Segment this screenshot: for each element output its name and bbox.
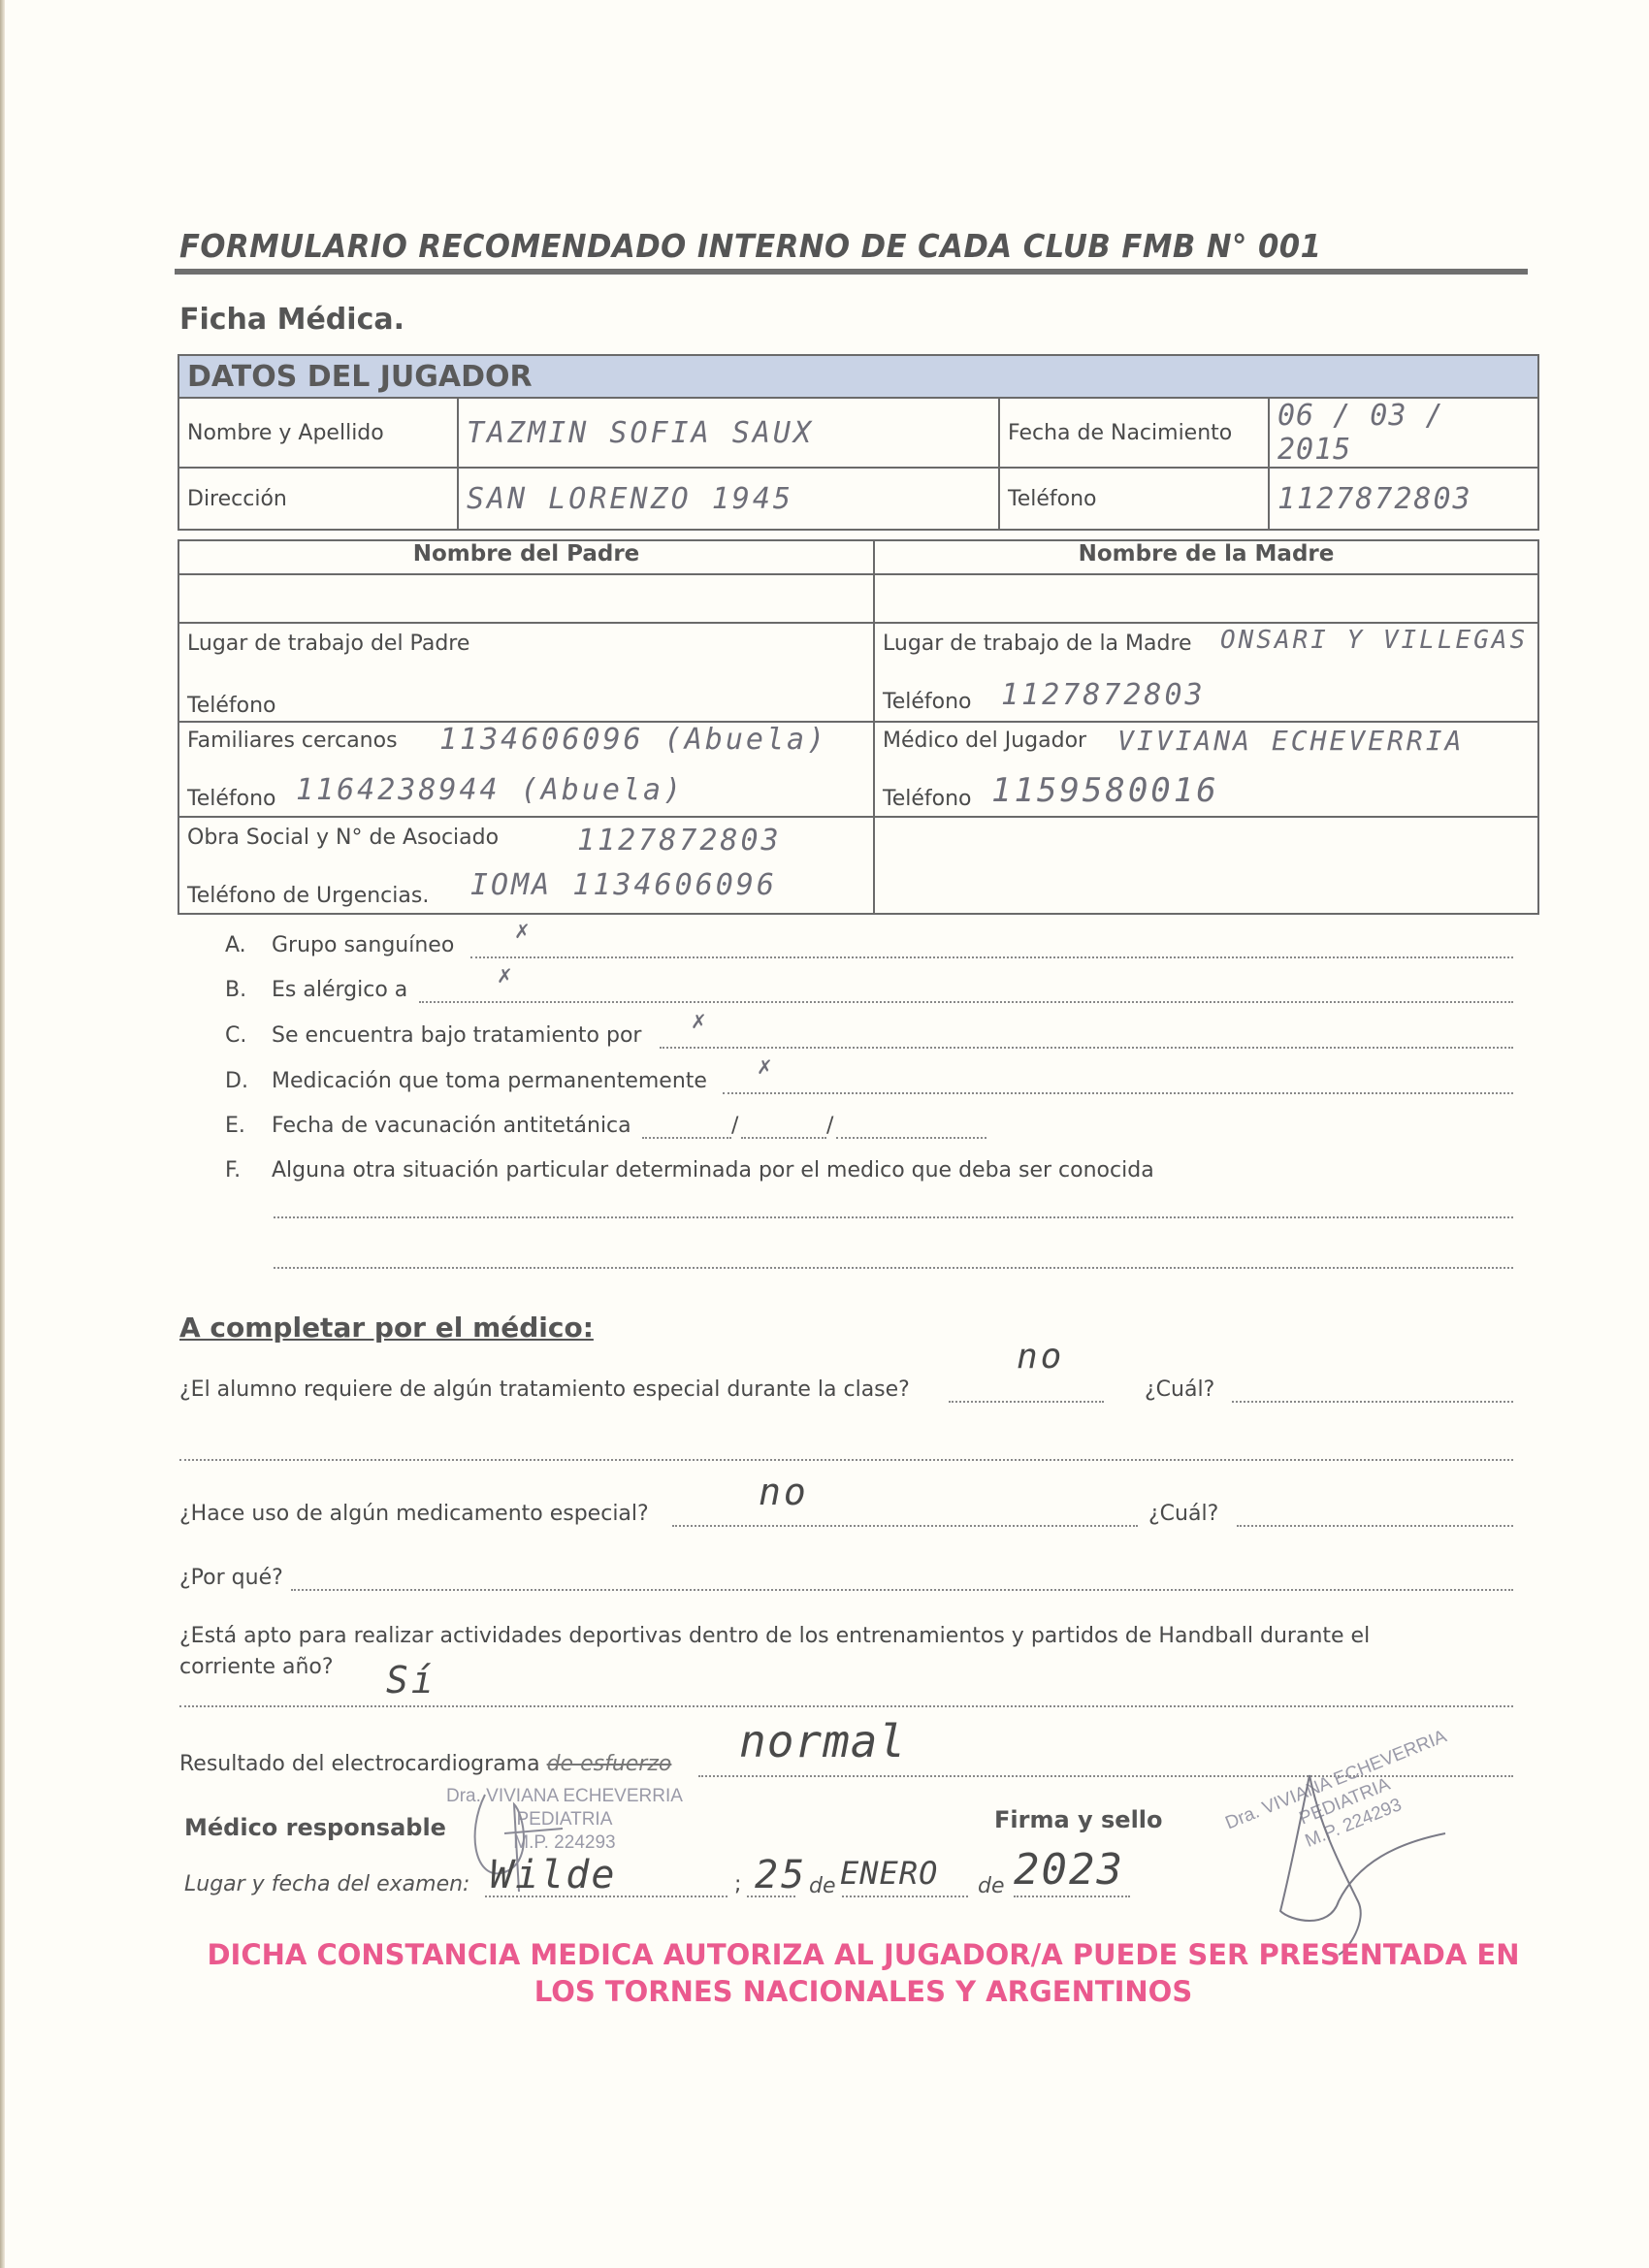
father-work-cell[interactable]: Lugar de trabajo del Padre Teléfono [178, 623, 874, 722]
father-name-field[interactable] [178, 574, 874, 623]
place-value: Wilde [490, 1853, 616, 1897]
vaccination-day-line[interactable] [642, 1137, 731, 1139]
q2-which-label: ¿Cuál? [1148, 1502, 1218, 1526]
father-work-label: Lugar de trabajo del Padre [187, 632, 469, 656]
year-line[interactable] [1014, 1895, 1130, 1897]
q3-answer-line[interactable] [179, 1705, 1513, 1707]
q2-answer-line[interactable] [672, 1525, 1138, 1527]
item-label: Fecha de vacunación antitetánica [272, 1114, 631, 1138]
authorization-notice: DICHA CONSTANCIA MEDICA AUTORIZA AL JUGA… [175, 1936, 1552, 2010]
father-phone-label: Teléfono [187, 694, 276, 718]
cross-mark-icon: ✗ [497, 964, 513, 988]
ecg-label: Resultado del electrocardiograma de esfu… [179, 1752, 671, 1776]
item-letter: A. [225, 933, 272, 957]
mother-header: Nombre de la Madre [874, 540, 1538, 574]
q3-answer: Sí [386, 1659, 436, 1701]
address-value: SAN LORENZO 1945 [467, 482, 793, 516]
doctor-phone-value: 1159580016 [991, 771, 1219, 810]
signature-scribble-right [1251, 1766, 1484, 1960]
item-letter: C. [225, 1023, 272, 1048]
q1-extra-line[interactable] [179, 1459, 1513, 1461]
name-value: TAZMIN SOFIA SAUX [467, 416, 814, 450]
responsible-label: Médico responsable [184, 1814, 446, 1841]
item-label: Medicación que toma permanentemente [272, 1069, 707, 1093]
doctor-phone-label: Teléfono [883, 787, 972, 811]
medical-item-d: D.Medicación que toma permanentemente [225, 1069, 707, 1093]
mother-phone-value: 1127872803 [1001, 678, 1206, 712]
phone-value: 1127872803 [1277, 482, 1472, 516]
q1-label: ¿El alumno requiere de algún tratamiento… [179, 1377, 910, 1402]
doctor-label: Médico del Jugador [883, 729, 1086, 753]
other-situation-line-2[interactable] [274, 1267, 1513, 1269]
item-label: Alguna otra situación particular determi… [272, 1158, 1154, 1183]
item-label: Grupo sanguíneo [272, 933, 454, 957]
mother-name-field[interactable] [874, 574, 1538, 623]
emergency-value: IOMA 1134606096 [470, 868, 777, 902]
relatives-phone-value: 1164238944 (Abuela) [296, 773, 684, 807]
mother-phone-label: Teléfono [883, 690, 972, 714]
item-letter: B. [225, 978, 272, 1002]
ecg-struck-text: de esfuerzo [547, 1752, 672, 1776]
q1-answer-line[interactable] [949, 1401, 1104, 1403]
item-label: Se encuentra bajo tratamiento por [272, 1023, 641, 1048]
phone-field[interactable]: 1127872803 [1269, 468, 1538, 530]
player-section-title: DATOS DEL JUGADOR [178, 355, 1538, 398]
medical-item-a: A.Grupo sanguíneo [225, 933, 454, 957]
notice-line-1: DICHA CONSTANCIA MEDICA AUTORIZA AL JUGA… [175, 1936, 1552, 1973]
item-letter: D. [225, 1069, 272, 1093]
form-subtitle: Ficha Médica. [179, 303, 404, 337]
month-value: ENERO [840, 1855, 938, 1892]
birth-value: 06 / 03 / 2015 [1277, 399, 1444, 467]
insurance-value: 1127872803 [577, 824, 782, 858]
why-line[interactable] [291, 1589, 1513, 1591]
other-situation-line-1[interactable] [274, 1216, 1513, 1218]
relatives-value: 1134606096 (Abuela) [439, 723, 827, 757]
medical-item-c: C.Se encuentra bajo tratamiento por [225, 1023, 641, 1048]
item-answer-line[interactable] [723, 1092, 1513, 1094]
mother-work-label: Lugar de trabajo de la Madre [883, 632, 1192, 656]
doctor-section-title: A completar por el médico: [179, 1312, 594, 1344]
cross-mark-icon: ✗ [514, 920, 531, 943]
q2-answer: no [759, 1471, 809, 1513]
q1-which-line[interactable] [1232, 1401, 1513, 1403]
medical-item-f: F.Alguna otra situación particular deter… [225, 1158, 1154, 1183]
mother-work-value: ONSARI Y VILLEGAS [1220, 626, 1528, 655]
comma-sep: ; [734, 1872, 741, 1896]
scan-edge [0, 0, 5, 2268]
q3-label-line1: ¿Está apto para realizar actividades dep… [179, 1624, 1370, 1648]
insurance-cell[interactable]: Obra Social y N° de Asociado 1127872803 … [178, 817, 874, 914]
address-field[interactable]: SAN LORENZO 1945 [458, 468, 999, 530]
q1-which-label: ¿Cuál? [1145, 1377, 1214, 1402]
item-letter: E. [225, 1114, 272, 1138]
q2-which-line[interactable] [1237, 1525, 1513, 1527]
signature-label: Firma y sello [994, 1806, 1163, 1833]
q1-answer: no [1017, 1337, 1064, 1377]
birth-field[interactable]: 06 / 03 / 2015 [1269, 398, 1538, 468]
place-date-label: Lugar y fecha del examen: [184, 1872, 469, 1896]
father-header: Nombre del Padre [178, 540, 874, 574]
day-value: 25 [755, 1853, 807, 1897]
form-title: FORMULARIO RECOMENDADO INTERNO DE CADA C… [179, 227, 1321, 265]
item-answer-line[interactable] [470, 956, 1513, 958]
date-separator: / [826, 1114, 833, 1138]
item-letter: F. [225, 1158, 272, 1183]
item-label: Es alérgico a [272, 978, 407, 1002]
title-underline [175, 269, 1528, 275]
family-table: Nombre del Padre Nombre de la Madre Luga… [178, 539, 1539, 915]
cross-mark-icon: ✗ [691, 1010, 707, 1033]
insurance-label: Obra Social y N° de Asociado [187, 826, 499, 850]
relatives-label: Familiares cercanos [187, 729, 398, 753]
phone-label: Teléfono [999, 468, 1269, 530]
medical-item-b: B.Es alérgico a [225, 978, 407, 1002]
month-line[interactable] [842, 1895, 968, 1897]
de-label-2: de [978, 1874, 1005, 1898]
q2-label: ¿Hace uso de algún medicamento especial? [179, 1502, 649, 1526]
notice-line-2: LOS TORNES NACIONALES Y ARGENTINOS [175, 1973, 1552, 2010]
item-answer-line[interactable] [419, 1001, 1513, 1003]
year-value: 2023 [1014, 1845, 1124, 1895]
relatives-phone-label: Teléfono [187, 787, 276, 811]
empty-cell [874, 817, 1538, 914]
mother-work-cell[interactable]: Lugar de trabajo de la Madre ONSARI Y VI… [874, 623, 1538, 722]
name-field[interactable]: TAZMIN SOFIA SAUX [458, 398, 999, 468]
name-label: Nombre y Apellido [178, 398, 458, 468]
cross-mark-icon: ✗ [757, 1055, 773, 1079]
q3-label-line2: corriente año? [179, 1655, 334, 1679]
doctor-value: VIVIANA ECHEVERRIA [1117, 725, 1464, 757]
why-label: ¿Por qué? [179, 1566, 283, 1590]
ecg-value: normal [739, 1715, 906, 1767]
relatives-cell[interactable]: Familiares cercanos 1134606096 (Abuela) … [178, 722, 874, 817]
item-answer-line[interactable] [660, 1047, 1513, 1049]
medical-item-e: E.Fecha de vacunación antitetánica [225, 1114, 631, 1138]
vaccination-year-line[interactable] [836, 1137, 986, 1139]
ecg-label-text: Resultado del electrocardiograma [179, 1752, 540, 1776]
vaccination-month-line[interactable] [741, 1137, 826, 1139]
address-label: Dirección [178, 468, 458, 530]
doctor-cell[interactable]: Médico del Jugador VIVIANA ECHEVERRIA Te… [874, 722, 1538, 817]
date-separator: / [731, 1114, 738, 1138]
de-label-1: de [809, 1874, 836, 1898]
birth-label: Fecha de Nacimiento [999, 398, 1269, 468]
emergency-label: Teléfono de Urgencias. [187, 884, 429, 908]
player-data-table: DATOS DEL JUGADOR Nombre y Apellido TAZM… [178, 354, 1539, 531]
